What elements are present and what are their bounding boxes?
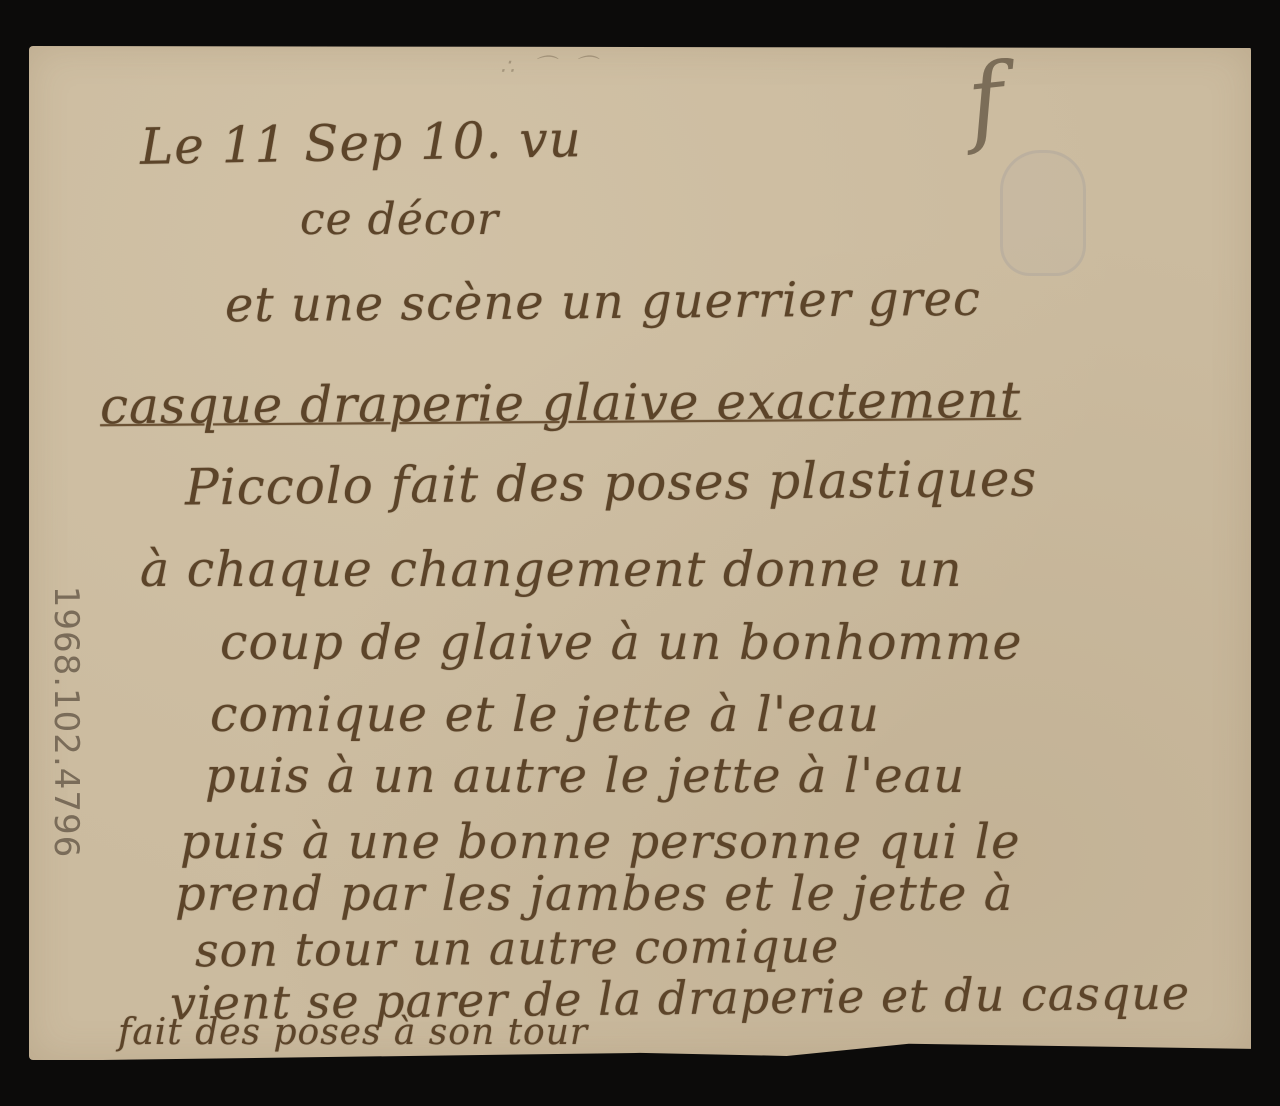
line-3: et une scène un guerrier grec <box>225 275 981 330</box>
faded-stamp-mark <box>1000 150 1086 276</box>
line-7: coup de glaive à un bonhomme <box>220 618 1022 667</box>
line-4: casque draperie glaive exactement <box>100 375 1021 431</box>
line-5: Piccolo fait des poses plastiques <box>185 454 1038 513</box>
line-11: prend par les jambes et le jette à <box>175 870 1013 918</box>
accession-number: 1968.102.4796 <box>46 586 86 859</box>
line-10: puis à une bonne personne qui le <box>180 818 1020 866</box>
line-14: fait des poses à son tour <box>118 1015 588 1051</box>
line-6: à chaque changement donne un <box>140 545 963 594</box>
faint-top-writing: ∴ ⌒ ⌒ <box>500 50 602 81</box>
line-2: ce décor <box>300 198 499 242</box>
line-9: puis à un autre le jette à l'eau <box>205 752 965 800</box>
line-8: comique et le jette à l'eau <box>210 690 880 739</box>
line-date-heading: Le 11 Sep 10. vu <box>140 114 583 172</box>
line-12: son tour un autre comique <box>195 923 840 973</box>
